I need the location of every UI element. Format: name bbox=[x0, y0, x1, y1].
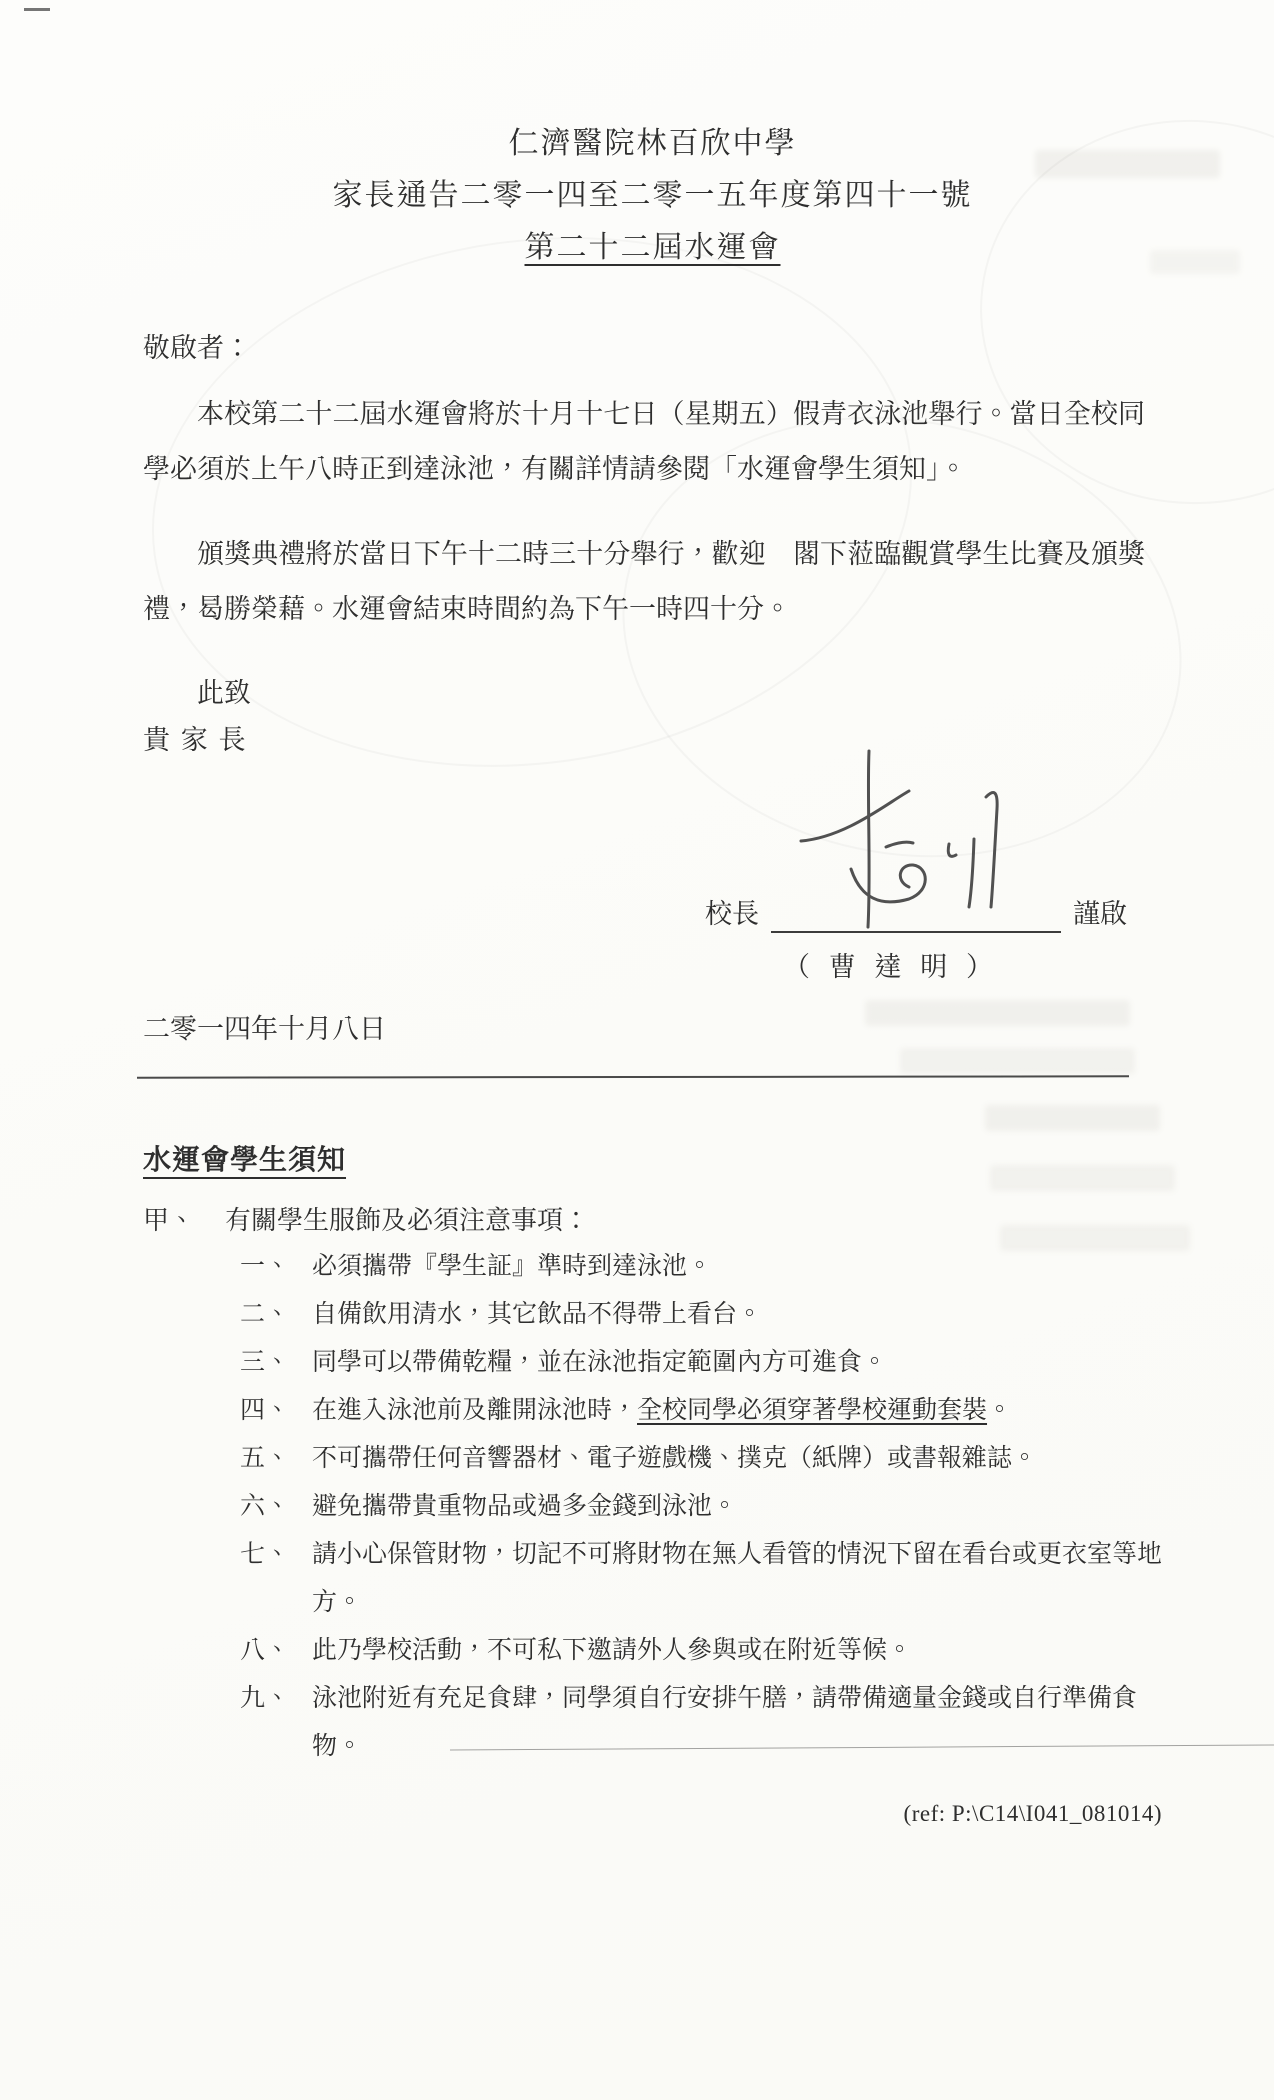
list-item: 五、 不可攜帶任何音響器材、電子遊戲機、撲克（紙牌）或書報雜誌。 bbox=[143, 1435, 1162, 1483]
list-item: 八、 此乃學校活動，不可私下邀請外人參與或在附近等候。 bbox=[143, 1627, 1162, 1675]
salutation: 敬啟者： bbox=[143, 326, 1162, 365]
notes-heading: 水運會學生須知 bbox=[143, 1138, 346, 1178]
respectfully-label: 謹啟 bbox=[1073, 892, 1127, 933]
list-item: 四、 在進入泳池前及離開泳池時，全校同學必須穿著學校運動套裝。 bbox=[143, 1387, 1162, 1435]
item-number: 五、 bbox=[240, 1435, 312, 1483]
reference-code: (ref: P:\C14\I041_081014) bbox=[143, 1801, 1162, 1827]
item-text: 此乃學校活動，不可私下邀請外人參與或在附近等候。 bbox=[312, 1627, 912, 1675]
list-item: 二、 自備飲用清水，其它飲品不得帶上看台。 bbox=[143, 1291, 1162, 1339]
item-text: 必須攜帶『學生証』準時到達泳池。 bbox=[312, 1243, 712, 1291]
letter-page: 仁濟醫院林百欣中學 家長通告二零一四至二零一五年度第四十一號 第二十二屆水運會 … bbox=[0, 0, 1274, 2100]
paragraph-event-details: 本校第二十二屆水運會將於十月十七日（星期五）假青衣泳池舉行。當日全校同學必須於上… bbox=[143, 387, 1145, 497]
item-number: 二、 bbox=[240, 1291, 312, 1339]
section-a-label: 甲、 bbox=[143, 1200, 225, 1237]
school-name: 仁濟醫院林百欣中學 bbox=[143, 118, 1162, 170]
item-number: 七、 bbox=[240, 1531, 312, 1627]
item-text: 自備飲用清水，其它飲品不得帶上看台。 bbox=[312, 1291, 762, 1339]
item-number: 一、 bbox=[240, 1243, 312, 1291]
list-item: 六、 避免攜帶貴重物品或過多金錢到泳池。 bbox=[143, 1483, 1162, 1531]
item-number: 九、 bbox=[240, 1675, 312, 1771]
section-divider bbox=[137, 1075, 1129, 1078]
notes-list: 一、 必須攜帶『學生証』準時到達泳池。 二、 自備飲用清水，其它飲品不得帶上看台… bbox=[143, 1243, 1162, 1771]
signature-block: 校長 謹啟 （ bbox=[143, 793, 1162, 1003]
item-text-underlined: 全校同學必須穿著學校運動套裝 bbox=[637, 1397, 987, 1424]
item-text-line2: 方。 bbox=[312, 1579, 1162, 1627]
item-text: 避免攜帶貴重物品或過多金錢到泳池。 bbox=[312, 1483, 737, 1531]
letter-header: 仁濟醫院林百欣中學 家長通告二零一四至二零一五年度第四十一號 第二十二屆水運會 bbox=[143, 0, 1162, 274]
item-text-post: 。 bbox=[987, 1397, 1012, 1424]
item-number: 四、 bbox=[240, 1387, 312, 1435]
item-text: 不可攜帶任何音響器材、電子遊戲機、撲克（紙牌）或書報雜誌。 bbox=[312, 1435, 1037, 1483]
principal-label: 校長 bbox=[705, 892, 759, 933]
item-text: 泳池附近有充足食肆，同學須自行安排午膳，請帶備適量金錢或自行準備食物。 bbox=[312, 1675, 1162, 1771]
principal-name: （ 曹 達 明 ） bbox=[783, 945, 999, 984]
item-number: 八、 bbox=[240, 1627, 312, 1675]
item-text-pre: 在進入泳池前及離開泳池時， bbox=[312, 1397, 637, 1424]
item-text-line1: 請小心保管財物，切記不可將財物在無人看管的情況下留在看台或更衣室等地 bbox=[312, 1541, 1162, 1568]
list-item: 一、 必須攜帶『學生証』準時到達泳池。 bbox=[143, 1243, 1162, 1291]
list-item: 三、 同學可以帶備乾糧，並在泳池指定範圍內方可進食。 bbox=[143, 1339, 1162, 1387]
closing-phrase: 此致 bbox=[143, 671, 1162, 710]
notice-number: 家長通告二零一四至二零一五年度第四十一號 bbox=[143, 170, 1162, 222]
item-text: 在進入泳池前及離開泳池時，全校同學必須穿著學校運動套裝。 bbox=[312, 1387, 1012, 1435]
item-number: 六、 bbox=[240, 1483, 312, 1531]
item-text: 同學可以帶備乾糧，並在泳池指定範圍內方可進食。 bbox=[312, 1339, 887, 1387]
paragraph-ceremony-details: 頒獎典禮將於當日下午十二時三十分舉行，歡迎 閣下蒞臨觀賞學生比賽及頒獎禮，曷勝榮… bbox=[143, 527, 1145, 637]
letter-date: 二零一四年十月八日 bbox=[143, 1007, 1162, 1046]
principal-signature bbox=[791, 749, 1061, 949]
item-number: 三、 bbox=[240, 1339, 312, 1387]
list-item: 九、 泳池附近有充足食肆，同學須自行安排午膳，請帶備適量金錢或自行準備食物。 bbox=[143, 1675, 1162, 1771]
list-item: 七、 請小心保管財物，切記不可將財物在無人看管的情況下留在看台或更衣室等地方。 bbox=[143, 1531, 1162, 1627]
section-a-header: 甲、 有關學生服飾及必須注意事項： bbox=[143, 1200, 1162, 1237]
signature-line bbox=[771, 891, 1061, 933]
notice-subject: 第二十二屆水運會 bbox=[143, 222, 1162, 274]
section-a-title: 有關學生服飾及必須注意事項： bbox=[225, 1200, 589, 1237]
item-text: 請小心保管財物，切記不可將財物在無人看管的情況下留在看台或更衣室等地方。 bbox=[312, 1531, 1162, 1627]
